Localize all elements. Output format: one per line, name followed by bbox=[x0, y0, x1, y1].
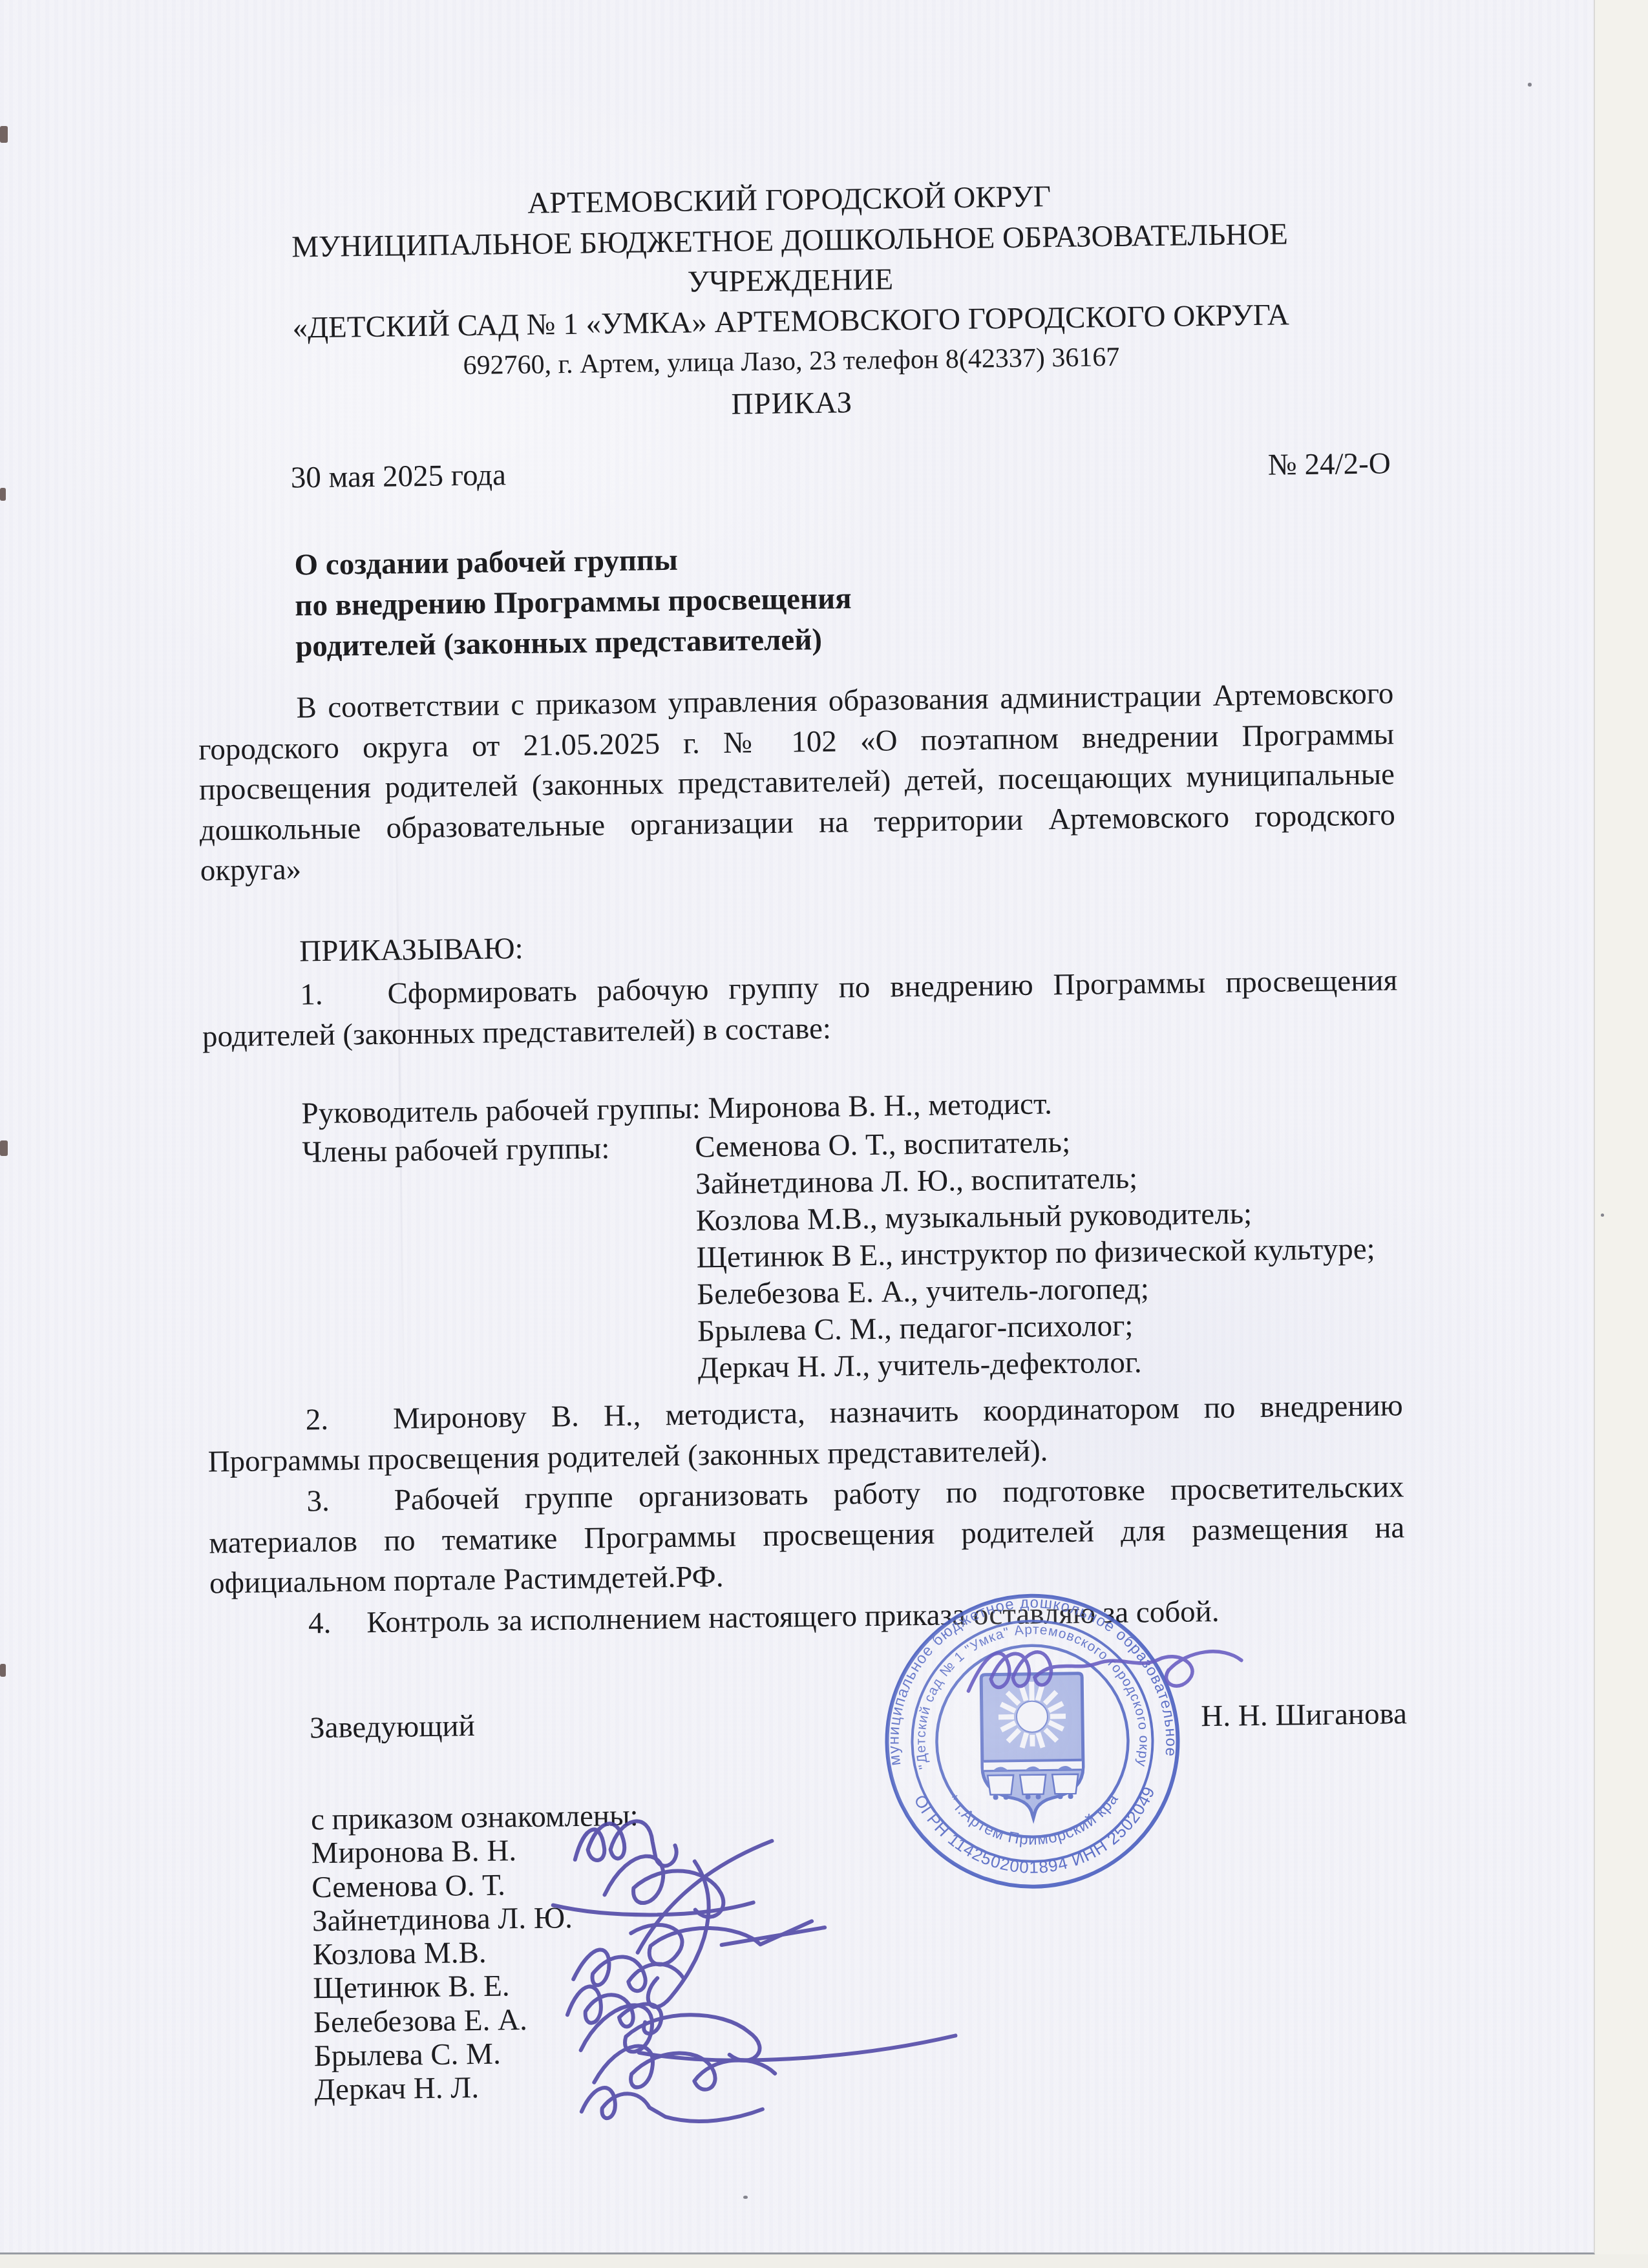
group-members-label: Члены рабочей группы: bbox=[302, 1129, 695, 1171]
member-name: Зайнетдинова Л. Ю., воспитатель; bbox=[695, 1160, 1138, 1203]
signature-scribble bbox=[968, 1652, 1051, 1691]
member-name: Семенова О. Т., воспитатель; bbox=[695, 1124, 1070, 1166]
scanned-order-document: { "page": { "org_header": { "line1": "АР… bbox=[0, 0, 1648, 2268]
document-content: АРТЕМОВСКИЙ ГОРОДСКОЙ ОКРУГ МУНИЦИПАЛЬНО… bbox=[0, 0, 1648, 2268]
item-number: 4. bbox=[308, 1606, 332, 1640]
signature-scribble bbox=[639, 2035, 955, 2061]
acknowledgement-signatures bbox=[357, 1780, 1015, 2156]
signature-scribble bbox=[721, 1927, 825, 1945]
order-subject: О создании рабочей группы по внедрению П… bbox=[196, 530, 1393, 668]
item-tab bbox=[331, 1632, 366, 1633]
item-text: Миронову В. Н., методиста, назначить коо… bbox=[207, 1389, 1403, 1478]
signature-scribble bbox=[1168, 1651, 1241, 1670]
scan-artifact bbox=[0, 1664, 6, 1677]
date-number-row: 30 мая 2025 года № 24/2-О bbox=[195, 443, 1391, 499]
director-position: Заведующий bbox=[310, 1706, 475, 1748]
item-tab bbox=[323, 1003, 388, 1004]
item-number: 3. bbox=[306, 1484, 330, 1518]
order-date: 30 мая 2025 года bbox=[290, 455, 506, 498]
item-number: 1. bbox=[300, 978, 323, 1011]
preamble-paragraph: В соответствии с приказом управления обр… bbox=[198, 673, 1396, 891]
member-name: Белебезова Е. А., учитель-логопед; bbox=[697, 1270, 1149, 1313]
order-item-1: 1.Сформировать рабочую группу по внедрен… bbox=[202, 960, 1398, 1056]
order-item-2: 2.Миронову В. Н., методиста, назначить к… bbox=[207, 1385, 1403, 1482]
group-leader-name: Миронова В. Н., методист. bbox=[708, 1087, 1052, 1125]
signature-scribble bbox=[581, 2086, 763, 2123]
org-header-line-2: МУНИЦИПАЛЬНОЕ БЮДЖЕТНОЕ ДОШКОЛЬНОЕ ОБРАЗ… bbox=[192, 213, 1388, 309]
member-name: Деркач Н. Л., учитель-дефектолог. bbox=[698, 1344, 1142, 1387]
signature-scribble bbox=[1035, 1656, 1193, 1688]
signature-scribble bbox=[575, 1821, 677, 1867]
item-text: Рабочей группе организовать работу по по… bbox=[209, 1470, 1405, 1600]
order-item-3: 3.Рабочей группе организовать работу по … bbox=[208, 1467, 1405, 1604]
working-group-list: Руководитель рабочей группы: Миронова В.… bbox=[203, 1081, 1402, 1393]
item-tab bbox=[330, 1510, 394, 1511]
item-tab bbox=[328, 1429, 393, 1429]
item-number: 2. bbox=[306, 1403, 329, 1436]
item-text: Сформировать рабочую группу по внедрению… bbox=[202, 963, 1398, 1053]
org-letterhead: АРТЕМОВСКИЙ ГОРОДСКОЙ ОКРУГ МУНИЦИПАЛЬНО… bbox=[191, 172, 1389, 390]
member-name: Брылева С. М., педагог-психолог; bbox=[697, 1308, 1134, 1350]
order-number: № 24/2-О bbox=[1267, 443, 1391, 485]
group-leader-label: Руководитель рабочей группы: bbox=[301, 1091, 701, 1130]
signature-scribble bbox=[594, 2044, 776, 2091]
director-signature bbox=[951, 1622, 1256, 1717]
